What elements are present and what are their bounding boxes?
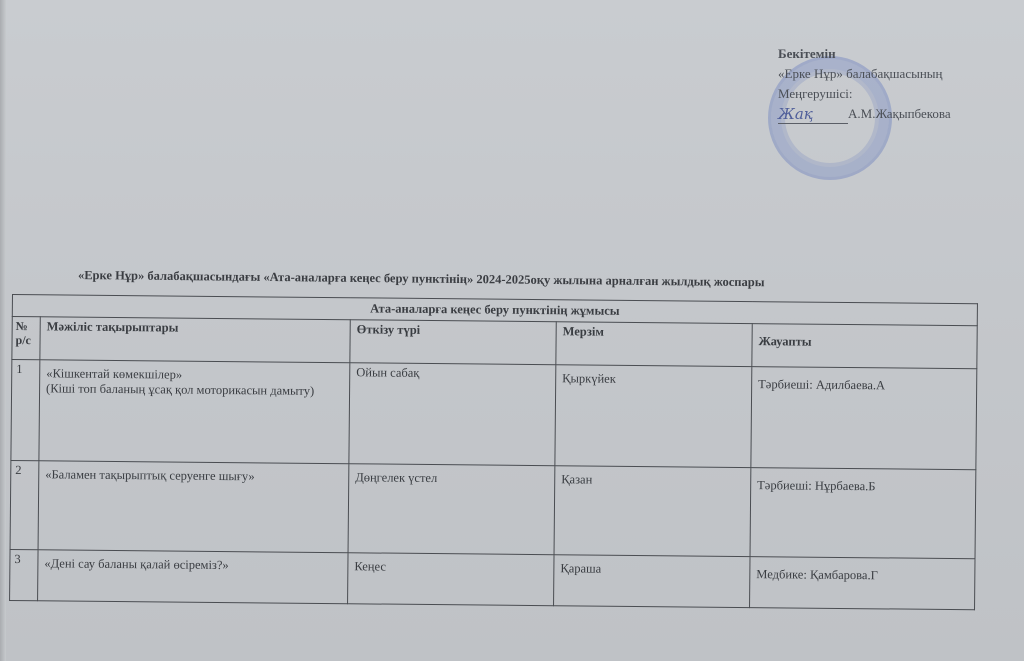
approval-role: Меңгерушісі: <box>778 84 1008 104</box>
header-number: № р/с <box>12 317 40 360</box>
row-format: Ойын сабақ <box>349 363 556 466</box>
plan-table-wrapper: Ата-аналарға кеңес беру пунктінің жұмысы… <box>9 294 978 610</box>
header-format: Өткізу түрі <box>350 320 556 365</box>
row-number: 2 <box>10 460 39 549</box>
topic-note: (Кіші топ баланың ұсақ қол моторикасын д… <box>46 381 343 399</box>
approval-name: А.М.Жақыпбекова <box>848 104 951 124</box>
row-date: Қараша <box>554 555 750 608</box>
header-topic: Мәжіліс тақырыптары <box>40 317 350 363</box>
row-number: 1 <box>11 360 40 461</box>
row-responsible: Тәрбиеші: Адилбаева.А <box>751 367 977 470</box>
header-responsible: Жауапты <box>752 324 977 369</box>
page-edge <box>0 0 6 661</box>
approval-label: Бекітемін <box>778 44 1008 64</box>
row-topic: «Баламен тақырыптық серуенге шығу» <box>38 461 349 553</box>
approval-block: Бекітемін «Ерке Нұр» балабақшасының Меңг… <box>778 44 1008 124</box>
topic-title: «Баламен тақырыптық серуенге шығу» <box>45 467 342 485</box>
row-topic: «Кішкентай көмекшілер» (Кіші топ баланың… <box>39 360 350 464</box>
row-format: Дөңгелек үстел <box>348 464 555 555</box>
row-responsible: Медбике: Қамбарова.Г <box>750 557 975 610</box>
signature: Жақ <box>778 105 848 124</box>
row-responsible: Тәрбиеші: Нұрбаева.Б <box>750 468 976 559</box>
table-row: 2 «Баламен тақырыптық серуенге шығу» Дөң… <box>10 460 976 558</box>
topic-title: «Дені сау баланы қалай өсіреміз?» <box>44 556 341 574</box>
plan-table: Ата-аналарға кеңес беру пунктінің жұмысы… <box>9 294 978 610</box>
row-date: Қыркүйек <box>555 365 752 468</box>
row-format: Кеңес <box>348 553 554 606</box>
row-topic: «Дені сау баланы қалай өсіреміз?» <box>38 550 348 604</box>
table-row: 3 «Дені сау баланы қалай өсіреміз?» Кеңе… <box>10 549 975 609</box>
table-row: 1 «Кішкентай көмекшілер» (Кіші топ балан… <box>11 360 977 470</box>
header-date: Мерзім <box>556 322 752 367</box>
row-date: Қазан <box>554 466 751 557</box>
row-number: 3 <box>10 549 38 600</box>
document-title: «Ерке Нұр» балабақшасындағы «Ата-аналарғ… <box>78 268 898 292</box>
approval-org: «Ерке Нұр» балабақшасының <box>778 64 1008 84</box>
